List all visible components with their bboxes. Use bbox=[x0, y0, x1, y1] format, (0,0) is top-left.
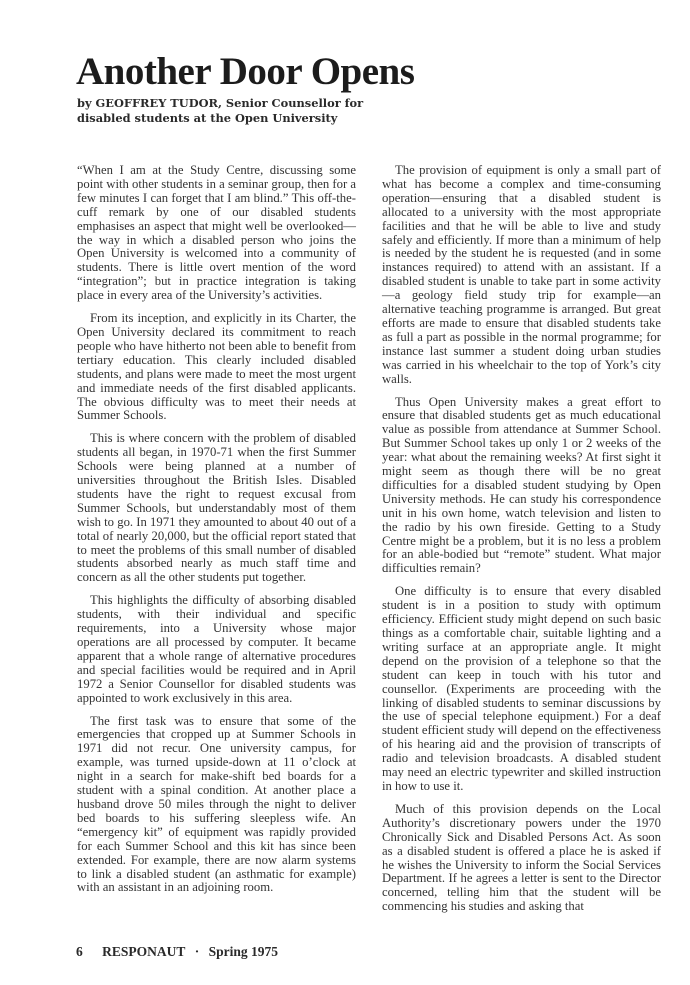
paragraph: This is where concern with the problem o… bbox=[77, 432, 356, 585]
page-number: 6 bbox=[76, 944, 83, 960]
byline: by GEOFFREY TUDOR, Senior Counsellor for… bbox=[77, 96, 377, 126]
left-column: “When I am at the Study Centre, discussi… bbox=[77, 164, 356, 904]
issue-date: Spring 1975 bbox=[209, 944, 278, 960]
paragraph: This highlights the difficulty of absorb… bbox=[77, 594, 356, 705]
publication-name: RESPONAUT bbox=[102, 944, 185, 960]
paragraph: Much of this provision depends on the Lo… bbox=[382, 803, 661, 914]
footer-separator: · bbox=[195, 944, 200, 960]
right-column: The provision of equipment is only a sma… bbox=[382, 164, 661, 923]
article-title: Another Door Opens bbox=[76, 50, 414, 94]
paragraph: One difficulty is to ensure that every d… bbox=[382, 585, 661, 794]
paragraph: “When I am at the Study Centre, discussi… bbox=[77, 164, 356, 303]
page-footer: 6 RESPONAUT · Spring 1975 bbox=[76, 944, 278, 960]
paragraph: The first task was to ensure that some o… bbox=[77, 715, 356, 896]
paragraph: Thus Open University makes a great effor… bbox=[382, 396, 661, 577]
paragraph: The provision of equipment is only a sma… bbox=[382, 164, 661, 387]
paragraph: From its inception, and explicitly in it… bbox=[77, 312, 356, 423]
